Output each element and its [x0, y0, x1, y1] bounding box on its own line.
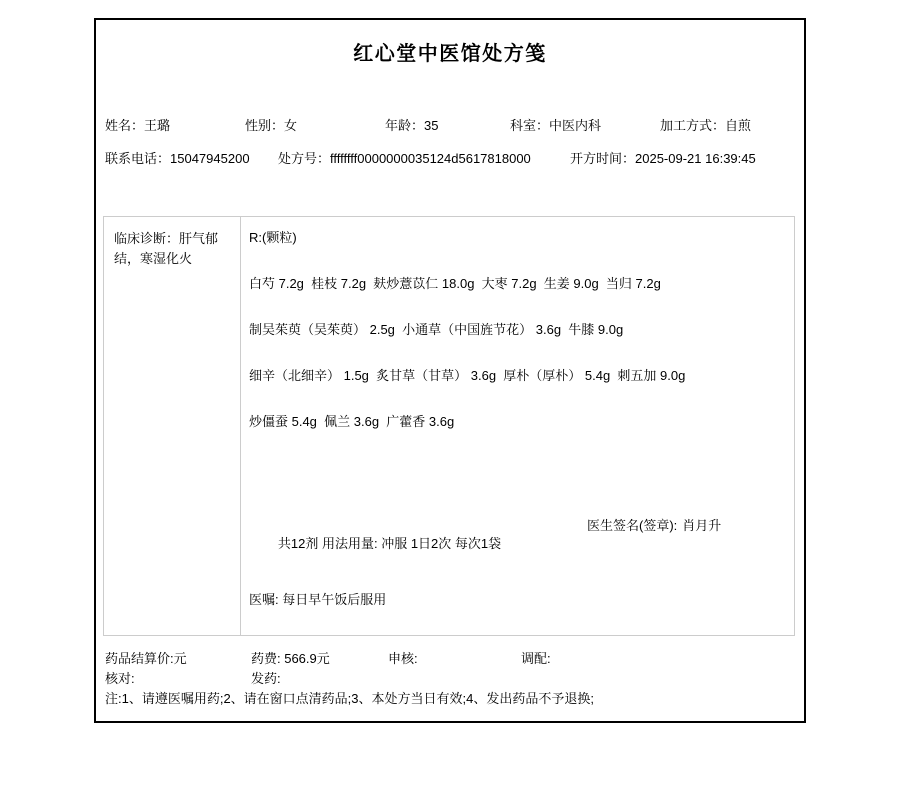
- prescription-note: 注:1、请遵医嘱用药;2、请在窗口点清药品;3、本处方当日有效;4、发出药品不予…: [105, 688, 594, 707]
- field-value: 35: [424, 118, 438, 133]
- check-field: 核对:: [105, 668, 135, 687]
- phone-field: 联系电话：15047945200: [105, 148, 250, 167]
- field-value: 15047945200: [170, 151, 250, 166]
- prescription-number-field: 处方号：ffffffff0000000035124d5617818000: [278, 148, 531, 167]
- field-value: 中医内科: [549, 118, 601, 133]
- patient-gender-field: 性别：女: [245, 115, 297, 134]
- clinical-diagnosis: 临床诊断：肝气郁结，寒湿化火: [104, 217, 241, 635]
- rx-line: 炒僵蚕 5.4g 佩兰 3.6g 广藿香 3.6g: [249, 413, 786, 431]
- medical-advice: 医嘱: 每日早午饭后服用: [249, 591, 786, 609]
- rx-line: 细辛（北细辛） 1.5g 炙甘草（甘草） 3.6g 厚朴（厚朴） 5.4g 刺五…: [249, 367, 786, 385]
- prescription-time-field: 开方时间：2025-09-21 16:39:45: [570, 148, 756, 167]
- rx-content: R:(颗粒) 白芍 7.2g 桂枝 7.2g 麸炒薏苡仁 18.0g 大枣 7.…: [241, 217, 794, 635]
- doctor-name: 肖月升: [682, 518, 721, 533]
- field-label: 姓名：: [105, 118, 144, 133]
- doctor-signature: 医生签名(签章):肖月升: [587, 517, 721, 535]
- prescription-box: 临床诊断：肝气郁结，寒湿化火 R:(颗粒) 白芍 7.2g 桂枝 7.2g 麸炒…: [103, 216, 795, 636]
- issue-field: 发药:: [251, 668, 281, 687]
- dose-count-and-usage: 共12剂 用法用量: 冲服 1日2次 每次1袋: [278, 536, 501, 551]
- field-label: 科室：: [510, 118, 549, 133]
- field-value: 女: [284, 118, 297, 133]
- rx-header: R:(颗粒): [249, 229, 786, 247]
- field-value: 王璐: [144, 118, 170, 133]
- rx-line: 制吴茱萸（吴茱萸） 2.5g 小通草（中国旌节花） 3.6g 牛膝 9.0g: [249, 321, 786, 339]
- dispense-field: 调配:: [521, 648, 551, 667]
- processing-method-field: 加工方式：自煎: [660, 115, 751, 134]
- patient-name-field: 姓名：王璐: [105, 115, 170, 134]
- usage-row: 共12剂 用法用量: 冲服 1日2次 每次1袋 医生签名(签章):肖月升: [249, 517, 786, 589]
- field-label: 处方号：: [278, 151, 330, 166]
- patient-info-row-1: 姓名：王璐 性别：女 年龄：35 科室：中医内科 加工方式：自煎: [96, 115, 804, 132]
- field-value: ffffffff0000000035124d5617818000: [330, 151, 531, 166]
- field-value: 自煎: [725, 118, 751, 133]
- field-value: 2025-09-21 16:39:45: [635, 151, 756, 166]
- prescription-page: 红心堂中医馆处方笺 姓名：王璐 性别：女 年龄：35 科室：中医内科 加工方式：…: [94, 18, 806, 723]
- field-label: 加工方式：: [660, 118, 725, 133]
- settle-price-field: 药品结算价:元: [105, 648, 187, 667]
- review-field: 申核:: [388, 648, 418, 667]
- field-label: 联系电话：: [105, 151, 170, 166]
- doctor-signature-label: 医生签名(签章):: [587, 518, 677, 533]
- rx-line: 白芍 7.2g 桂枝 7.2g 麸炒薏苡仁 18.0g 大枣 7.2g 生姜 9…: [249, 275, 786, 293]
- field-label: 性别：: [245, 118, 284, 133]
- patient-info-row-2: 联系电话：15047945200 处方号：ffffffff00000000351…: [96, 148, 804, 165]
- fee-field: 药费: 566.9元: [251, 648, 330, 667]
- field-label: 开方时间：: [570, 151, 635, 166]
- rx-spacer: [249, 431, 786, 517]
- department-field: 科室：中医内科: [510, 115, 601, 134]
- prescription-title: 红心堂中医馆处方笺: [96, 37, 804, 66]
- diagnosis-label: 临床诊断：: [114, 231, 179, 246]
- rx-lines: 白芍 7.2g 桂枝 7.2g 麸炒薏苡仁 18.0g 大枣 7.2g 生姜 9…: [249, 247, 786, 431]
- field-label: 年龄：: [385, 118, 424, 133]
- patient-age-field: 年龄：35: [385, 115, 438, 134]
